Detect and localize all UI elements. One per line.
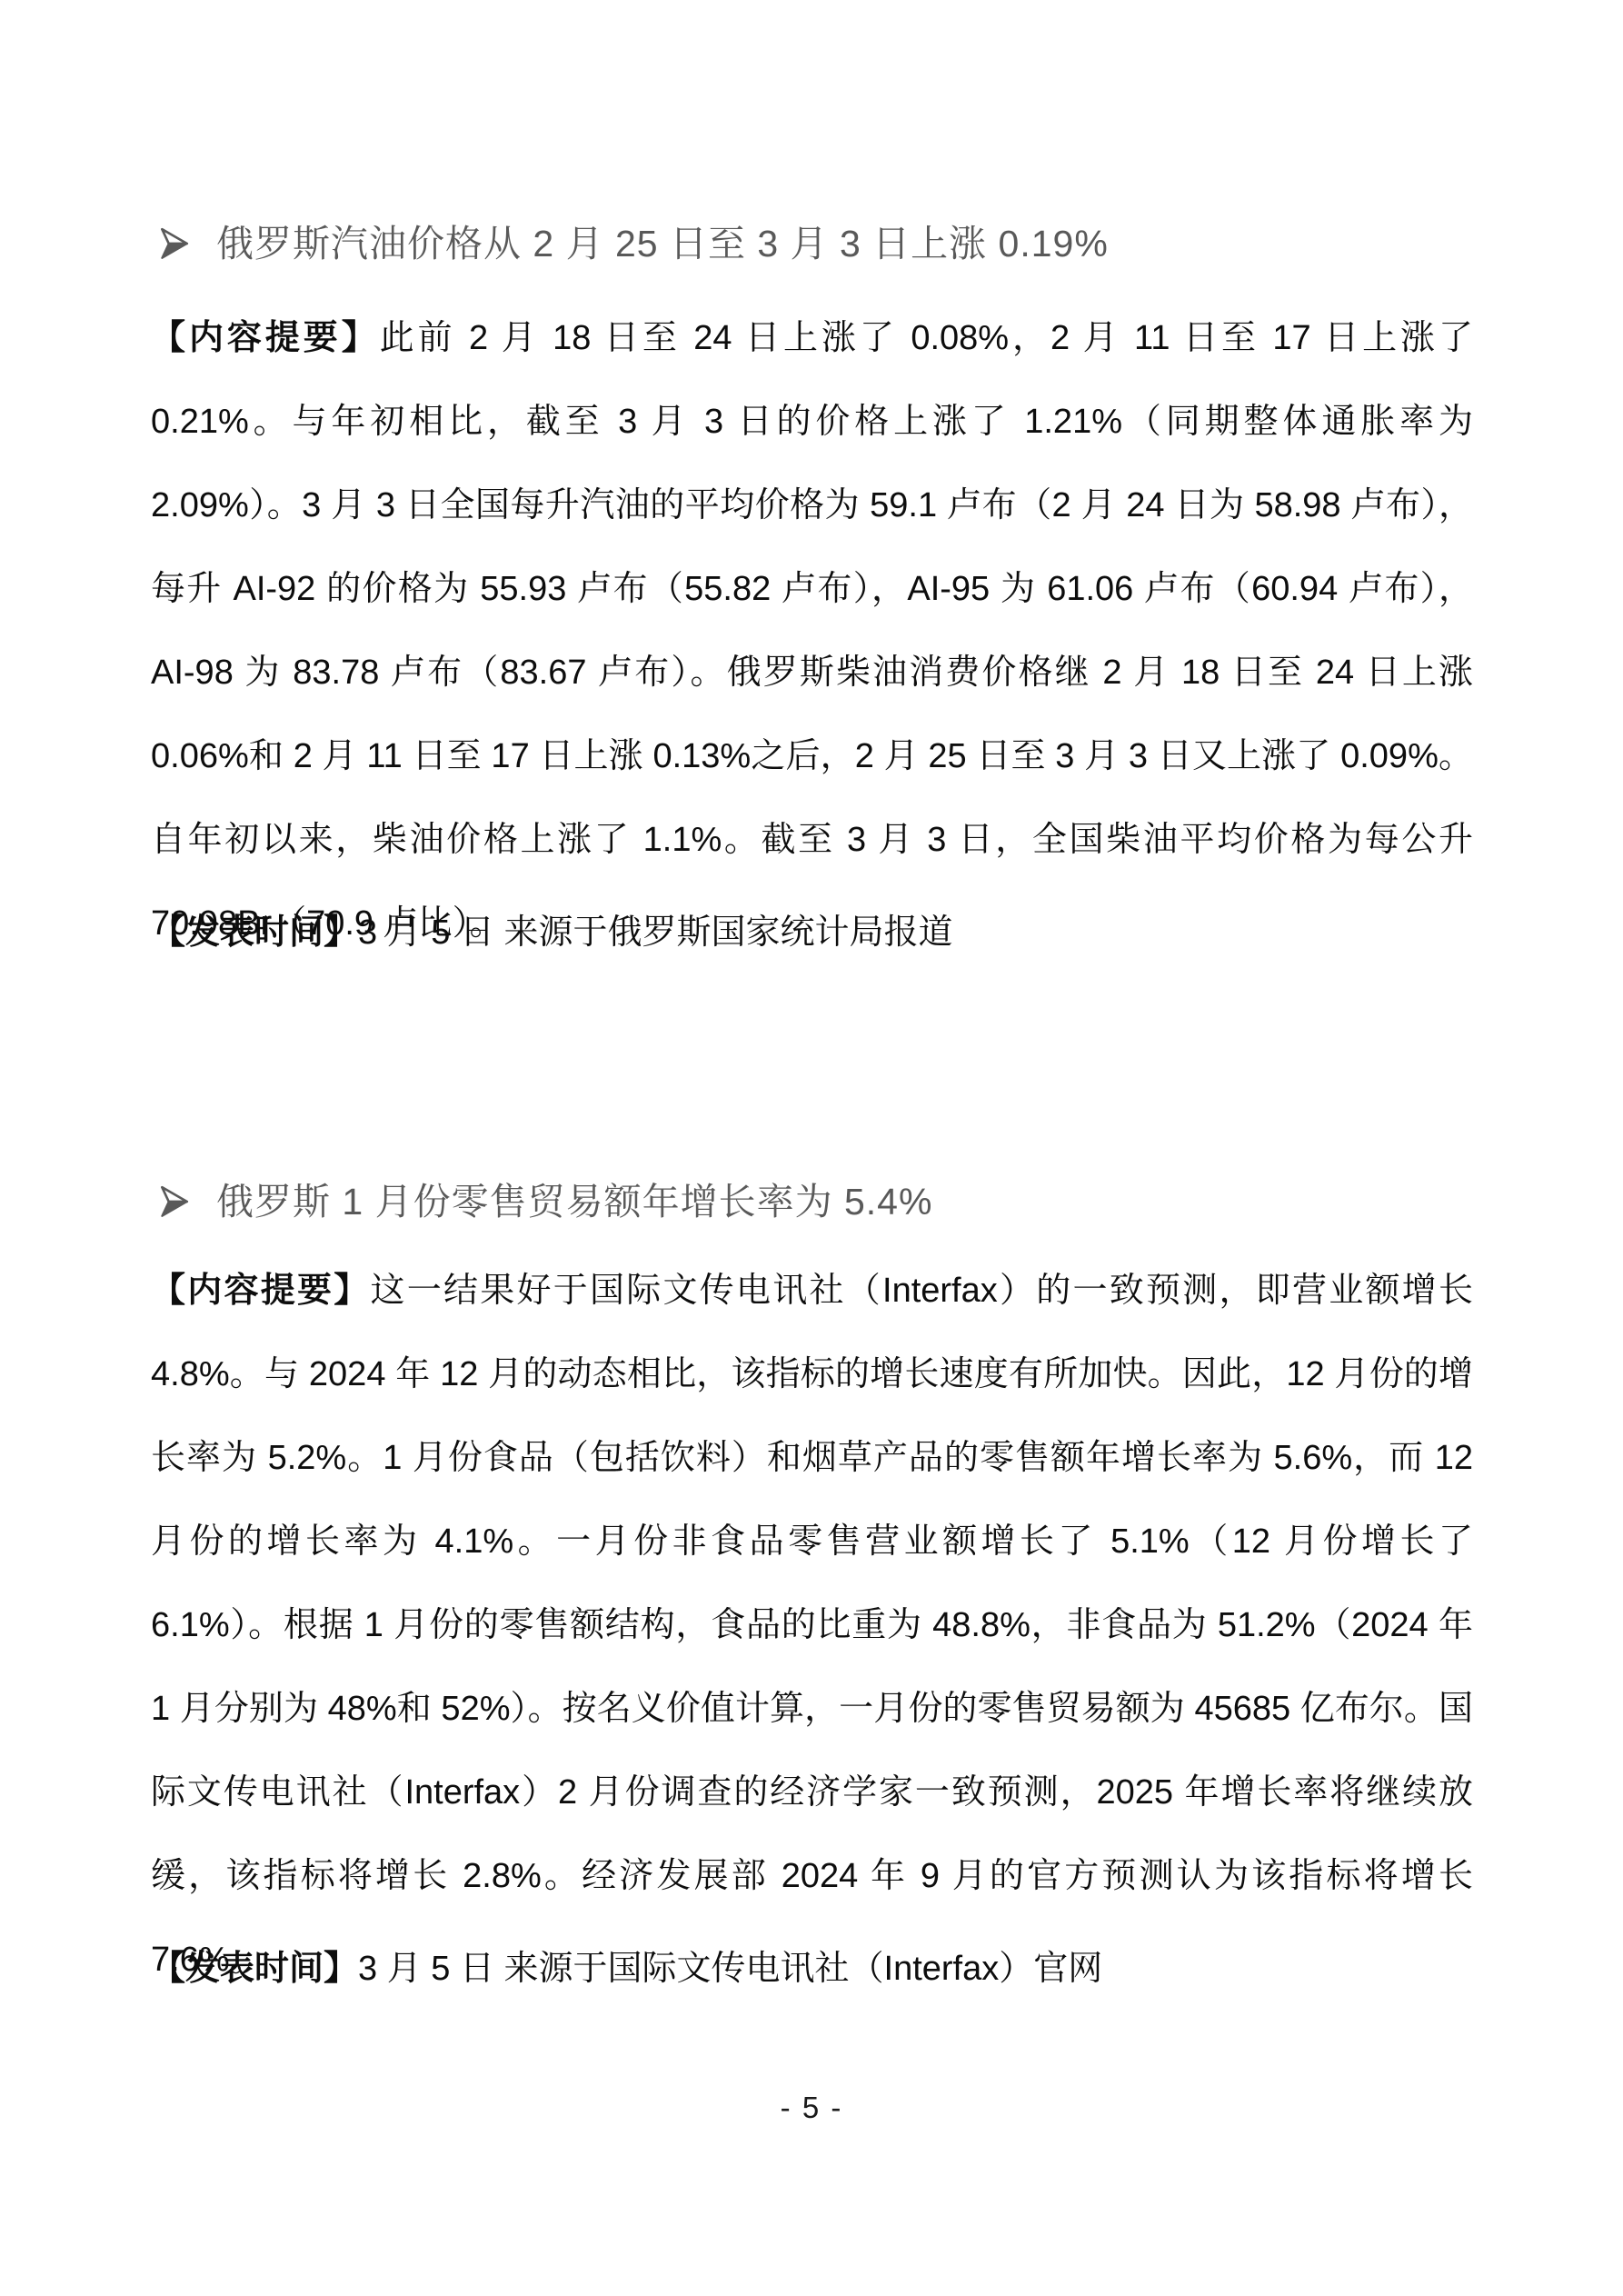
section-2-publish: 【发表时间】3 月 5 日 来源于国际文传电讯社（Interfax）官网 [151, 1927, 1102, 2011]
page-number: - 5 - [0, 2091, 1623, 2125]
document-page: 俄罗斯汽油价格从 2 月 25 日至 3 月 3 日上涨 0.19% 【内容提要… [0, 0, 1623, 2296]
section-2-summary-text: 这一结果好于国际文传电讯社（Interfax）的一致预测，即营业额增长 4.8%… [151, 1272, 1473, 1979]
section-1-summary-label: 【内容提要】 [151, 319, 380, 357]
section-1-summary-text: 此前 2 月 18 日至 24 日上涨了 0.08%，2 月 11 日至 17 … [151, 319, 1473, 943]
section-2-heading-text: 俄罗斯 1 月份零售贸易额年增长率为 5.4% [216, 1180, 932, 1223]
section-1-heading-text: 俄罗斯汽油价格从 2 月 25 日至 3 月 3 日上涨 0.19% [216, 222, 1109, 265]
section-1-publish: 【发表时间】3 月 5 日 来源于俄罗斯国家统计局报道 [151, 891, 953, 974]
section-2-publish-label: 【发表时间】 [151, 1950, 358, 1988]
section-1-summary: 【内容提要】此前 2 月 18 日至 24 日上涨了 0.08%，2 月 11 … [151, 296, 1473, 965]
section-1-publish-label: 【发表时间】 [151, 913, 358, 952]
section-2-summary-label: 【内容提要】 [151, 1272, 371, 1310]
section-1-heading: 俄罗斯汽油价格从 2 月 25 日至 3 月 3 日上涨 0.19% [156, 222, 1109, 265]
section-2-heading: 俄罗斯 1 月份零售贸易额年增长率为 5.4% [156, 1180, 932, 1223]
section-1-publish-text: 3 月 5 日 来源于俄罗斯国家统计局报道 [358, 913, 953, 952]
arrowhead-right-icon [156, 226, 191, 261]
arrowhead-right-icon [156, 1184, 191, 1219]
section-2-publish-text: 3 月 5 日 来源于国际文传电讯社（Interfax）官网 [358, 1950, 1102, 1988]
section-2-summary: 【内容提要】这一结果好于国际文传电讯社（Interfax）的一致预测，即营业额增… [151, 1249, 1473, 2002]
